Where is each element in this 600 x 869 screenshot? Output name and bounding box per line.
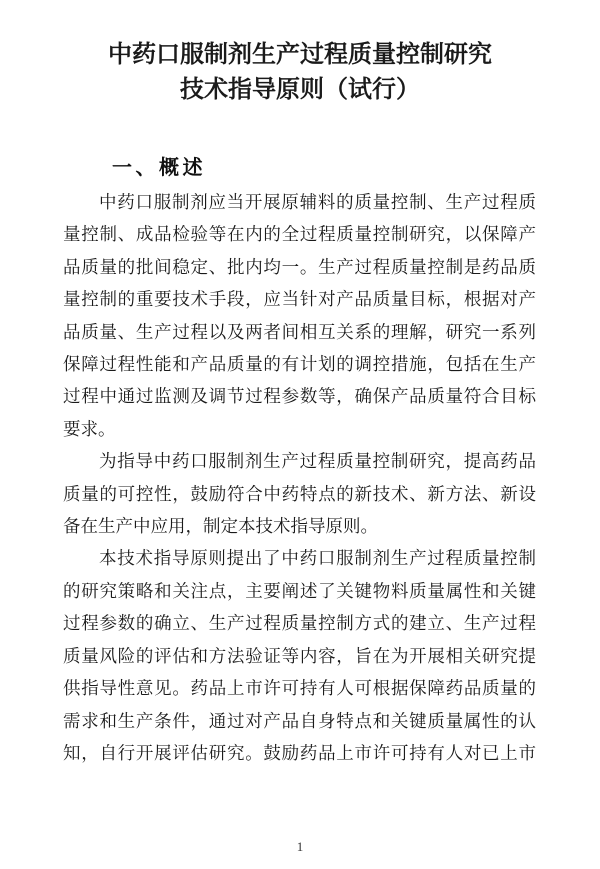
- text-line: 过程参数的确立、生产过程质量控制方式的建立、生产过程: [63, 607, 536, 639]
- text-line: 质量的可控性，鼓励符合中药特点的新技术、新方法、新设: [63, 478, 536, 510]
- text-line: 需求和生产条件，通过对产品自身特点和关键质量属性的认: [63, 705, 536, 737]
- text-line: 保障过程性能和产品质量的有计划的调控措施，包括在生产: [63, 348, 536, 380]
- text-line: 供指导性意见。药品上市许可持有人可根据保障药品质量的: [63, 672, 536, 704]
- document-page: 中药口服制剂生产过程质量控制研究 技术指导原则（试行） 一、概述 中药口服制剂应…: [0, 0, 600, 869]
- text-line: 要求。: [63, 413, 536, 445]
- document-body: 中药口服制剂应当开展原辅料的质量控制、生产过程质 量控制、成品检验等在内的全过程…: [63, 186, 536, 769]
- paragraph-2: 为指导中药口服制剂生产过程质量控制研究，提高药品 质量的可控性，鼓励符合中药特点…: [63, 445, 536, 542]
- doc-title: 中药口服制剂生产过程质量控制研究 技术指导原则（试行）: [0, 0, 600, 108]
- paragraph-1: 中药口服制剂应当开展原辅料的质量控制、生产过程质 量控制、成品检验等在内的全过程…: [63, 186, 536, 445]
- text-line: 为指导中药口服制剂生产过程质量控制研究，提高药品: [63, 445, 536, 477]
- text-line: 品质量的批间稳定、批内均一。生产过程质量控制是药品质: [63, 251, 536, 283]
- text-line: 本技术指导原则提出了中药口服制剂生产过程质量控制: [63, 542, 536, 574]
- page-number: 1: [0, 839, 600, 855]
- text-line: 备在生产中应用，制定本技术指导原则。: [63, 510, 536, 542]
- doc-title-line-2: 技术指导原则（试行）: [0, 73, 600, 108]
- text-line: 过程中通过监测及调节过程参数等，确保产品质量符合目标: [63, 380, 536, 412]
- text-line: 品质量、生产过程以及两者间相互关系的理解，研究一系列: [63, 316, 536, 348]
- doc-title-line-1: 中药口服制剂生产过程质量控制研究: [0, 38, 600, 73]
- text-line: 量控制的重要技术手段，应当针对产品质量目标，根据对产: [63, 283, 536, 315]
- text-line: 中药口服制剂应当开展原辅料的质量控制、生产过程质: [63, 186, 536, 218]
- section-heading-overview: 一、概述: [112, 154, 600, 182]
- text-line: 量控制、成品检验等在内的全过程质量控制研究，以保障产: [63, 218, 536, 250]
- paragraph-3: 本技术指导原则提出了中药口服制剂生产过程质量控制 的研究策略和关注点，主要阐述了…: [63, 542, 536, 769]
- text-line: 质量风险的评估和方法验证等内容，旨在为开展相关研究提: [63, 640, 536, 672]
- text-line: 的研究策略和关注点，主要阐述了关键物料质量属性和关键: [63, 575, 536, 607]
- text-line: 知，自行开展评估研究。鼓励药品上市许可持有人对已上市: [63, 737, 536, 769]
